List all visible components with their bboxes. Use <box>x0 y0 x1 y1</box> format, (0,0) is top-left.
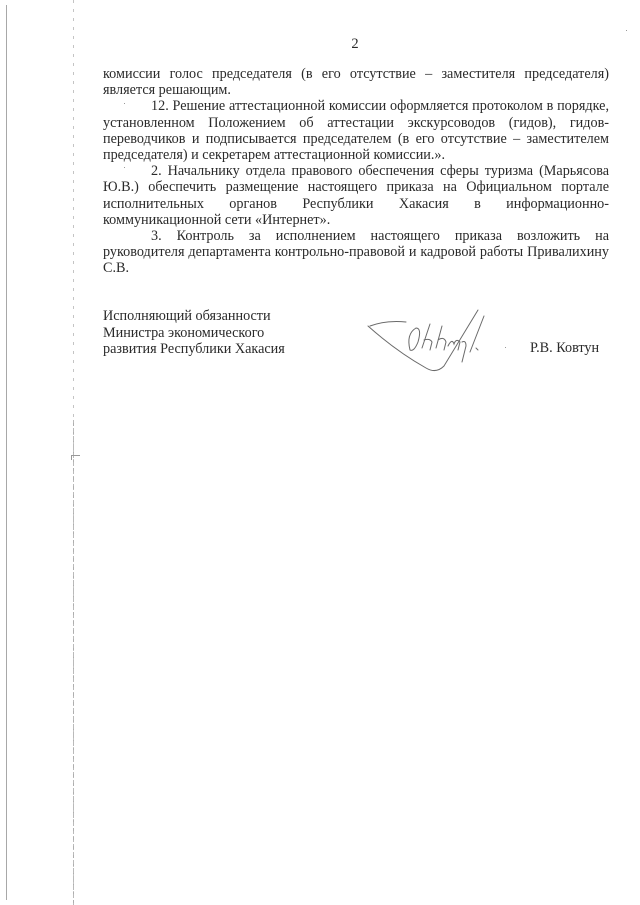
scan-edge-line <box>6 5 7 900</box>
paragraph-item-12: 12. Решение аттестационной комиссии офор… <box>103 98 609 163</box>
signatory-title-line: Министра экономического <box>103 325 285 342</box>
document-body: комиссии голос председателя (в его отсут… <box>103 66 609 277</box>
scan-speck <box>626 30 627 31</box>
page-number: 2 <box>0 36 640 53</box>
scan-speck <box>505 347 506 348</box>
paragraph-continuation: комиссии голос председателя (в его отсут… <box>103 66 609 98</box>
signatory-title-line: Исполняющий обязанности <box>103 308 285 325</box>
scan-speck <box>124 103 125 104</box>
signatory-title-line: развития Республики Хакасия <box>103 341 285 358</box>
scan-speck <box>124 167 125 168</box>
scan-fold-mark <box>71 455 80 460</box>
signatory-name: Р.В. Ковтун <box>530 340 599 357</box>
handwritten-signature-icon <box>366 306 506 381</box>
scan-fold-line-lower <box>73 420 74 905</box>
paragraph-item-3: 3. Контроль за исполнением настоящего пр… <box>103 228 609 277</box>
signature-title-block: Исполняющий обязанности Министра экономи… <box>103 308 285 358</box>
paragraph-item-2: 2. Начальнику отдела правового обеспечен… <box>103 163 609 228</box>
